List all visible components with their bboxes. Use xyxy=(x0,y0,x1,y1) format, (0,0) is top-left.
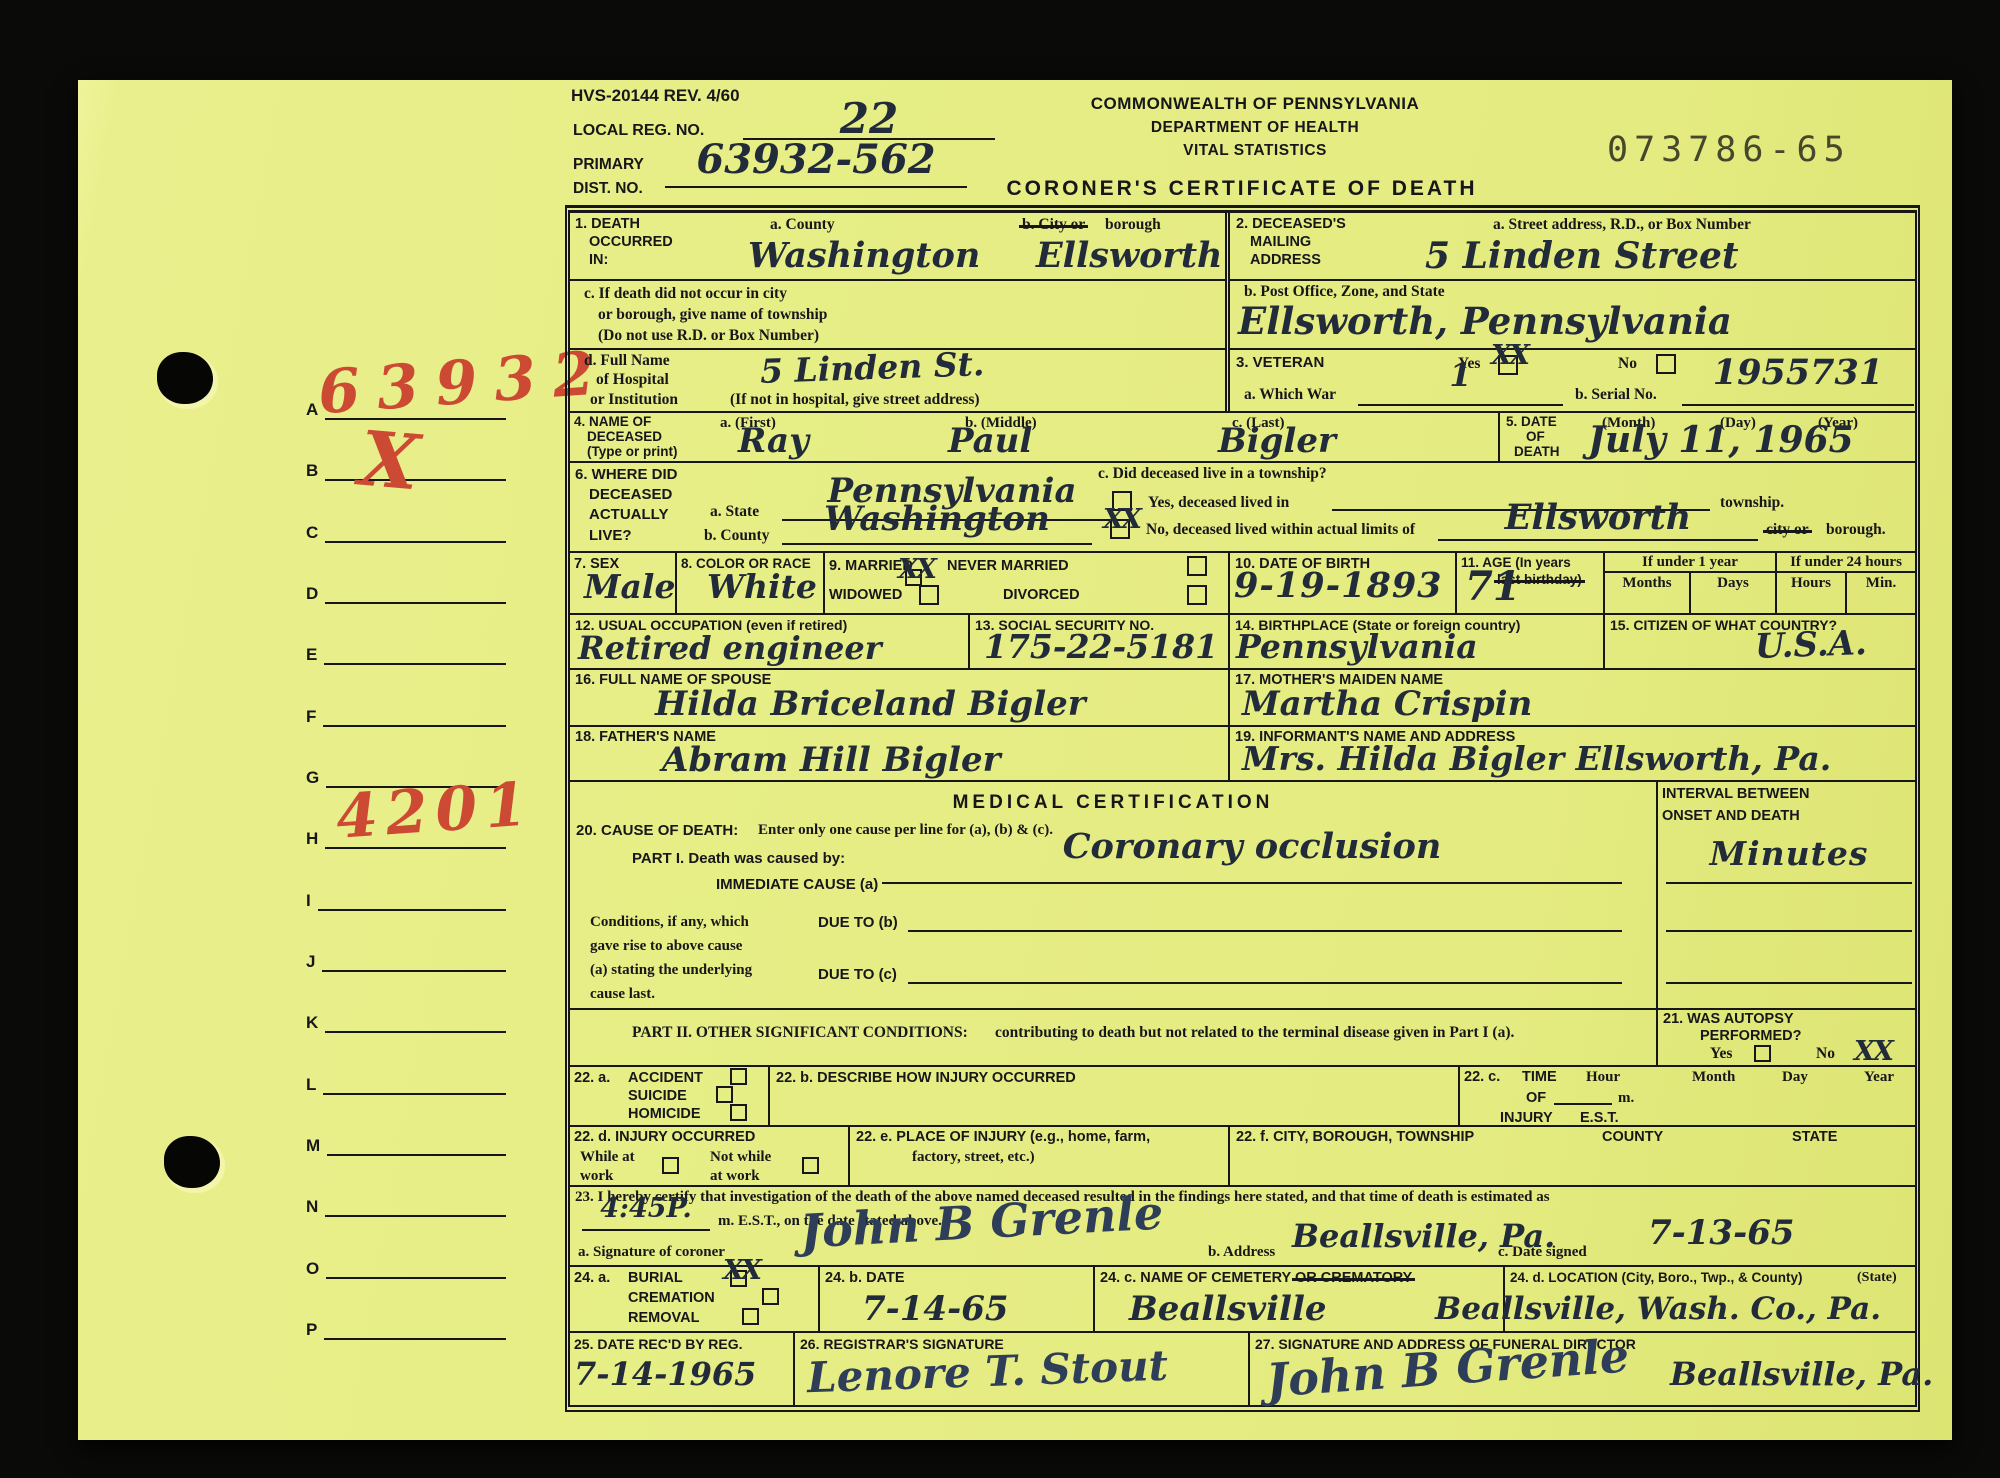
red-annotation-x: X xyxy=(356,414,423,508)
certificate-table: 1. DEATH OCCURRED IN: a. County Washingt… xyxy=(565,205,1920,1412)
margin-index-letter: I xyxy=(306,891,311,911)
dist-no-label: DIST. NO. xyxy=(573,180,643,198)
checkbox xyxy=(1187,556,1207,576)
ssn-value: 175-22-5181 xyxy=(984,627,1218,666)
conditions-line-4: cause last. xyxy=(590,986,655,1003)
section-2-mailing-address: 2. DECEASED'S MAILING ADDRESS a. Street … xyxy=(1230,213,1915,411)
conditions-line-3: (a) stating the underlying xyxy=(590,962,752,979)
section-22c-time: 22. c. TIME Hour Month Day Year OF m. IN… xyxy=(1460,1067,1915,1125)
s6-label-2: DECEASED xyxy=(589,486,672,503)
section-1-death-occurred: 1. DEATH OCCURRED IN: a. County Washingt… xyxy=(570,213,1230,411)
under-24-hours-label: If under 24 hours xyxy=(1777,553,1915,573)
lived-township-yes-text: Yes, deceased lived in xyxy=(1148,494,1289,512)
township-note-2: or borough, give name of township xyxy=(598,306,827,324)
county6-label: b. County xyxy=(704,527,769,545)
margin-index-letter: O xyxy=(306,1259,319,1279)
s22c-number: 22. c. xyxy=(1464,1069,1500,1085)
coroner-signature-label: a. Signature of coroner xyxy=(578,1244,725,1261)
part2-conditions: PART II. OTHER SIGNIFICANT CONDITIONS: c… xyxy=(570,1010,1658,1065)
form-number: HVS-20144 REV. 4/60 xyxy=(571,86,740,106)
margin-index-row: K xyxy=(306,1011,506,1033)
row-burial: 24. a. BURIAL XX CREMATION REMOVAL 24. b… xyxy=(570,1267,1915,1333)
s1-label-3: IN: xyxy=(589,252,608,268)
section-24d-location: 24. d. LOCATION (City, Boro., Twp., & Co… xyxy=(1505,1267,1915,1331)
margin-index-line xyxy=(323,1073,506,1095)
removal-checkbox xyxy=(742,1308,759,1326)
immediate-cause-field: Coronary occlusion xyxy=(882,826,1622,884)
spouse-value: Hilda Briceland Bigler xyxy=(655,684,1086,724)
margin-index-row: L xyxy=(306,1073,506,1095)
section-26-registrar: 26. REGISTRAR'S SIGNATURE Lenore T. Stou… xyxy=(795,1333,1250,1407)
margin-index-letter: D xyxy=(306,584,318,604)
row-registrar: 25. DATE REC'D BY REG. 7-14-1965 26. REG… xyxy=(570,1333,1915,1407)
margin-index-letter: G xyxy=(306,768,319,788)
or-crematory-struck: OR CREMATORY xyxy=(1295,1270,1412,1286)
hospital-note: (If not in hospital, give street address… xyxy=(730,391,980,409)
county6-value: Washington xyxy=(824,499,1050,539)
margin-index-row: M xyxy=(306,1134,506,1156)
informant-value: Mrs. Hilda Bigler Ellsworth, Pa. xyxy=(1242,739,1831,778)
cause-of-death-label: 20. CAUSE OF DEATH: xyxy=(576,822,738,839)
injury-occurred-label: 22. d. INJURY OCCURRED xyxy=(574,1129,755,1145)
city-or-label-struck: b. City or xyxy=(1022,216,1085,233)
part2-note: contributing to death but not related to… xyxy=(995,1024,1514,1042)
birthplace-value: Pennsylvania xyxy=(1236,627,1478,666)
which-war-value: 1 xyxy=(1449,356,1471,394)
margin-index-row: E xyxy=(306,643,506,665)
margin-index-letter: M xyxy=(306,1136,320,1156)
row-demographics: 7. SEX Male 8. COLOR OR RACE White 9. MA… xyxy=(570,553,1915,615)
checkbox xyxy=(716,1086,733,1103)
lived-borough-no-mark: XX xyxy=(1103,504,1139,535)
divorced-checkbox xyxy=(1187,585,1207,605)
s6-label-3: ACTUALLY xyxy=(589,506,668,523)
veteran-no-checkbox xyxy=(1656,354,1676,374)
interval-field-b xyxy=(1666,892,1912,932)
margin-index-row: F xyxy=(306,705,506,727)
row-medical-certification: MEDICAL CERTIFICATION 20. CAUSE OF DEATH… xyxy=(570,782,1915,1010)
street-address-label: a. Street address, R.D., or Box Number xyxy=(1493,216,1751,234)
section-10-dob: 10. DATE OF BIRTH 9-19-1893 xyxy=(1230,553,1457,613)
date-of-death-value: July 11, 1965 xyxy=(1588,419,1854,461)
file-number-stamp: 073786-65 xyxy=(1607,130,1851,170)
suicide-checkbox xyxy=(716,1086,733,1104)
if-under-1-year: If under 1 year Months Days xyxy=(1605,553,1777,613)
section-3-veteran: 3. VETERAN Yes XX No a. Which War 1 b. S… xyxy=(1230,350,1915,413)
margin-index: ABCDEFGHIJKLMNOP xyxy=(306,398,506,1340)
autopsy-yes-label: Yes xyxy=(1710,1045,1732,1063)
under-1-year-label: If under 1 year xyxy=(1605,553,1775,573)
time-of-injury-field xyxy=(1554,1069,1612,1105)
interval-value: Minutes xyxy=(1710,834,1869,873)
borough-value: Ellsworth xyxy=(1036,235,1223,276)
s4-label-3: (Type or print) xyxy=(587,444,678,459)
section-17-mother: 17. MOTHER'S MAIDEN NAME Martha Crispin xyxy=(1230,670,1915,725)
which-war-field: 1 xyxy=(1358,356,1563,406)
margin-index-line xyxy=(325,1011,506,1033)
not-while-label: Not while xyxy=(710,1149,771,1166)
first-name-value: Ray xyxy=(738,421,809,461)
section-22a: 22. a. ACCIDENT SUICIDE HOMICIDE xyxy=(570,1067,770,1125)
certificate-paper: ABCDEFGHIJKLMNOP 63932 X 4201 HVS-20144 … xyxy=(78,80,1952,1440)
while-at-work-checkbox xyxy=(662,1157,679,1175)
section-18-father: 18. FATHER'S NAME Abram Hill Bigler xyxy=(570,727,1230,780)
s4-label-1: 4. NAME OF xyxy=(574,414,651,429)
punch-hole-bottom xyxy=(164,1136,220,1188)
which-war-label: a. Which War xyxy=(1244,386,1336,404)
margin-index-row: P xyxy=(306,1318,506,1340)
homicide-label: HOMICIDE xyxy=(628,1106,701,1122)
section-27-funeral-director: 27. SIGNATURE AND ADDRESS OF FUNERAL DIR… xyxy=(1250,1333,1915,1407)
section-22e: 22. e. PLACE OF INJURY (e.g., home, farm… xyxy=(850,1127,1230,1185)
checkbox xyxy=(730,1068,747,1085)
row-father-informant: 18. FATHER'S NAME Abram Hill Bigler 19. … xyxy=(570,727,1915,782)
while-at-label: While at xyxy=(580,1149,635,1166)
margin-index-row: C xyxy=(306,521,506,543)
conditions-line-1: Conditions, if any, which xyxy=(590,914,749,931)
location-value: Beallsville, Wash. Co., Pa. xyxy=(1435,1291,1881,1327)
section-4-name: 4. NAME OF DECEASED (Type or print) a. (… xyxy=(570,413,1500,461)
township-question: c. Did deceased live in a township? xyxy=(1098,465,1327,483)
divorced-label: DIVORCED xyxy=(1003,587,1080,603)
section-6-where-lived: 6. WHERE DID DECEASED ACTUALLY LIVE? a. … xyxy=(570,463,1915,551)
burial-date-value: 7-14-65 xyxy=(862,1289,1009,1329)
funeral-director-address: Beallsville, Pa. xyxy=(1670,1355,1933,1393)
medical-certification-title: MEDICAL CERTIFICATION xyxy=(570,792,1656,814)
certificate-title: CORONER'S CERTIFICATE OF DEATH xyxy=(892,177,1592,201)
margin-index-line xyxy=(318,889,506,911)
immediate-cause-value: Coronary occlusion xyxy=(1063,826,1442,867)
margin-index-letter: A xyxy=(306,400,318,420)
township-note-1: c. If death did not occur in city xyxy=(584,285,787,303)
s2-label-1: 2. DECEASED'S xyxy=(1236,216,1346,232)
section-9-marital: 9. MARRIED XX NEVER MARRIED WIDOWED DIVO… xyxy=(825,553,1230,613)
cemetery-label-wrap: 24. c. NAME OF CEMETERY OR CREMATORY xyxy=(1100,1270,1412,1286)
autopsy-label-1: 21. WAS AUTOPSY xyxy=(1663,1011,1794,1027)
checkbox xyxy=(662,1157,679,1174)
date-signed-label: c. Date signed xyxy=(1498,1244,1587,1261)
primary-label: PRIMARY xyxy=(573,156,644,174)
injury-label: INJURY xyxy=(1500,1110,1553,1126)
borough-label: borough xyxy=(1105,216,1161,234)
section-21-autopsy: 21. WAS AUTOPSY PERFORMED? Yes No XX xyxy=(1658,1010,1915,1065)
s2-label-2: MAILING xyxy=(1250,234,1311,250)
if-under-24-hours: If under 24 hours Hours Min. xyxy=(1777,553,1915,613)
section-2b: b. Post Office, Zone, and State Ellswort… xyxy=(1230,281,1915,350)
street-address-value: 5 Linden Street xyxy=(1425,235,1739,277)
section-8-race: 8. COLOR OR RACE White xyxy=(677,553,825,613)
race-value: White xyxy=(707,567,817,606)
margin-index-letter: B xyxy=(306,461,318,481)
section-24b-date: 24. b. DATE 7-14-65 xyxy=(820,1267,1095,1331)
margin-index-letter: N xyxy=(306,1197,318,1217)
month-col-label: Month xyxy=(1692,1069,1735,1086)
hospital-value: 5 Linden St. xyxy=(759,344,985,391)
burial-label: BURIAL xyxy=(628,1270,683,1286)
section-23-certify: 23. I hereby certify that investigation … xyxy=(570,1187,1915,1265)
widowed-checkbox xyxy=(919,585,939,605)
cremation-label: CREMATION xyxy=(628,1290,715,1306)
row-where-lived: 6. WHERE DID DECEASED ACTUALLY LIVE? a. … xyxy=(570,463,1915,553)
work-label: work xyxy=(580,1168,613,1185)
margin-index-letter: E xyxy=(306,645,317,665)
autopsy-label-2: PERFORMED? xyxy=(1700,1028,1802,1044)
section-12-occupation: 12. USUAL OCCUPATION (even if retired) R… xyxy=(570,615,970,668)
city-or-struck: city or xyxy=(1766,521,1809,538)
burial-checkbox: XX xyxy=(730,1270,747,1288)
under-1-year-cols: Months Days xyxy=(1605,573,1775,613)
interval-label-1: INTERVAL BETWEEN xyxy=(1662,786,1809,802)
margin-index-letter: C xyxy=(306,523,318,543)
vital-line: VITAL STATISTICS xyxy=(945,142,1565,160)
coroner-address-label: b. Address xyxy=(1208,1244,1275,1261)
section-22b: 22. b. DESCRIBE HOW INJURY OCCURRED xyxy=(770,1067,1460,1125)
commonwealth-line: COMMONWEALTH OF PENNSYLVANIA xyxy=(945,94,1565,114)
date-signed-value: 7-13-65 xyxy=(1648,1213,1795,1253)
married-mark: XX xyxy=(898,554,934,585)
immediate-cause-label: IMMEDIATE CAUSE (a) xyxy=(716,876,878,893)
hours-label: Hours xyxy=(1777,573,1847,613)
margin-index-letter: L xyxy=(306,1075,316,1095)
checkbox xyxy=(919,585,939,605)
margin-index-letter: J xyxy=(306,952,315,972)
section-19-informant: 19. INFORMANT'S NAME AND ADDRESS Mrs. Hi… xyxy=(1230,727,1915,780)
margin-index-line xyxy=(326,1257,506,1279)
margin-index-line xyxy=(322,950,506,972)
never-married-label: NEVER MARRIED xyxy=(947,558,1069,574)
margin-index-line xyxy=(325,582,506,604)
months-label: Months xyxy=(1605,573,1691,613)
burial-mark: XX xyxy=(723,1255,759,1286)
township-note-3: (Do not use R.D. or Box Number) xyxy=(598,327,819,345)
year-col-label: Year xyxy=(1864,1069,1894,1086)
margin-index-row: J xyxy=(306,950,506,972)
row-injury-place: 22. d. INJURY OCCURRED While at work Not… xyxy=(570,1127,1915,1187)
never-married-checkbox xyxy=(1187,556,1207,576)
due-to-c-field xyxy=(908,944,1622,984)
row-spouse-mother: 16. FULL NAME OF SPOUSE Hilda Briceland … xyxy=(570,670,1915,727)
margin-index-row: I xyxy=(306,889,506,911)
section-22d: 22. d. INJURY OCCURRED While at work Not… xyxy=(570,1127,850,1185)
interval-label-2: ONSET AND DEATH xyxy=(1662,808,1800,824)
s1-label-1: 1. DEATH xyxy=(575,216,640,232)
date-received-label: 25. DATE REC'D BY REG. xyxy=(574,1336,743,1352)
sex-value: Male xyxy=(584,567,675,606)
interval-field-c xyxy=(1666,944,1912,984)
borough-suffix: borough. xyxy=(1826,521,1886,539)
s5-label-1: 5. DATE xyxy=(1506,414,1557,429)
at-work-label: at work xyxy=(710,1168,760,1185)
min-label: Min. xyxy=(1847,573,1915,613)
cemetery-label: 24. c. NAME OF CEMETERY xyxy=(1100,1270,1295,1286)
lived-borough-no-checkbox: XX xyxy=(1110,519,1130,539)
primary-dist-value: 63932-562 xyxy=(696,136,935,183)
s6-label-1: 6. WHERE DID xyxy=(575,466,678,483)
hospital-label-1: d. Full Name xyxy=(584,352,670,370)
section-22f: 22. f. CITY, BOROUGH, TOWNSHIP COUNTY ST… xyxy=(1230,1127,1915,1185)
s22a-number: 22. a. xyxy=(574,1070,610,1086)
due-to-b-label: DUE TO (b) xyxy=(818,914,898,931)
dob-value: 9-19-1893 xyxy=(1234,565,1443,606)
section-13-ssn: 13. SOCIAL SECURITY NO. 175-22-5181 xyxy=(970,615,1230,668)
letterhead: COMMONWEALTH OF PENNSYLVANIA DEPARTMENT … xyxy=(945,94,1565,160)
row-occupation: 12. USUAL OCCUPATION (even if retired) R… xyxy=(570,615,1915,670)
section-25-date-received: 25. DATE REC'D BY REG. 7-14-1965 xyxy=(570,1333,795,1407)
section-5-date-of-death: 5. DATE OF DEATH (Month) (Day) (Year) Ju… xyxy=(1500,413,1915,461)
serial-no-label: b. Serial No. xyxy=(1575,386,1657,404)
county-label: a. County xyxy=(770,216,835,234)
occupation-value: Retired engineer xyxy=(578,629,882,667)
hospital-label-2: of Hospital xyxy=(596,371,669,389)
hospital-label-3: or Institution xyxy=(590,391,678,409)
part1-label: PART I. Death was caused by: xyxy=(632,850,845,867)
veteran-no-label: No xyxy=(1618,355,1637,373)
margin-index-letter: P xyxy=(306,1320,317,1340)
section-1c: c. If death did not occur in city or bor… xyxy=(570,281,1225,350)
row-death-occurred: 1. DEATH OCCURRED IN: a. County Washingt… xyxy=(570,213,1915,413)
margin-index-line xyxy=(324,643,506,665)
est-label: E.S.T. xyxy=(1580,1110,1619,1126)
mother-value: Martha Crispin xyxy=(1242,684,1532,724)
section-2a: 2. DECEASED'S MAILING ADDRESS a. Street … xyxy=(1230,213,1915,281)
section-24a-disposition: 24. a. BURIAL XX CREMATION REMOVAL xyxy=(570,1267,820,1331)
county6-field: Washington xyxy=(782,499,1092,545)
last-name-value: Bigler xyxy=(1218,421,1336,461)
due-to-c-label: DUE TO (c) xyxy=(818,966,897,983)
red-annotation-mid: 4201 xyxy=(334,769,537,853)
form-area: HVS-20144 REV. 4/60 LOCAL REG. NO. 22 PR… xyxy=(565,80,1925,1440)
accident-label: ACCIDENT xyxy=(628,1070,703,1086)
section-1ab: 1. DEATH OCCURRED IN: a. County Washingt… xyxy=(570,213,1225,281)
place-of-injury-label-1: 22. e. PLACE OF INJURY (e.g., home, farm… xyxy=(856,1129,1150,1145)
department-line: DEPARTMENT OF HEALTH xyxy=(945,119,1565,137)
section-16-spouse: 16. FULL NAME OF SPOUSE Hilda Briceland … xyxy=(570,670,1230,725)
checkbox xyxy=(742,1308,759,1325)
due-to-b-field xyxy=(908,892,1622,932)
m-label: m. xyxy=(1618,1090,1634,1107)
under-24-hours-cols: Hours Min. xyxy=(1777,573,1915,613)
row-part2-autopsy: PART II. OTHER SIGNIFICANT CONDITIONS: c… xyxy=(570,1010,1915,1067)
s2-label-3: ADDRESS xyxy=(1250,252,1321,268)
row-injury-type: 22. a. ACCIDENT SUICIDE HOMICIDE 22. b. … xyxy=(570,1067,1915,1127)
row-certification: 23. I hereby certify that investigation … xyxy=(570,1187,1915,1267)
s4-label-2: DECEASED xyxy=(587,429,662,444)
post-office-value: Ellsworth, Pennsylvania xyxy=(1238,299,1732,343)
middle-name-value: Paul xyxy=(948,421,1032,461)
checkbox xyxy=(762,1288,779,1305)
interval-field-a: Minutes xyxy=(1666,834,1912,884)
margin-index-letter: K xyxy=(306,1013,318,1033)
describe-injury-label: 22. b. DESCRIBE HOW INJURY OCCURRED xyxy=(776,1070,1076,1086)
father-value: Abram Hill Bigler xyxy=(662,740,1001,780)
autopsy-yes-checkbox xyxy=(1754,1045,1771,1063)
homicide-checkbox xyxy=(730,1104,747,1122)
margin-index-row: D xyxy=(306,582,506,604)
s1-label-2: OCCURRED xyxy=(589,234,673,250)
widowed-label: WIDOWED xyxy=(829,587,902,603)
time-label: TIME xyxy=(1522,1069,1557,1085)
of-label: OF xyxy=(1526,1090,1546,1106)
s24a-number: 24. a. xyxy=(574,1270,610,1286)
interval-column: INTERVAL BETWEEN ONSET AND DEATH Minutes xyxy=(1658,782,1915,1008)
county-value: Washington xyxy=(748,235,980,276)
location-label: 24. d. LOCATION (City, Boro., Twp., & Co… xyxy=(1510,1270,1803,1285)
row-name-of-deceased: 4. NAME OF DECEASED (Type or print) a. (… xyxy=(570,413,1915,463)
burial-date-label: 24. b. DATE xyxy=(825,1270,905,1286)
removal-label: REMOVAL xyxy=(628,1310,699,1326)
day-col-label: Day xyxy=(1782,1069,1808,1086)
section-20-cause-of-death: MEDICAL CERTIFICATION 20. CAUSE OF DEATH… xyxy=(570,782,1658,1008)
accident-checkbox xyxy=(730,1068,747,1086)
checkbox xyxy=(1754,1045,1771,1062)
checkbox xyxy=(1187,585,1207,605)
borough-name-value: Ellsworth xyxy=(1505,497,1692,538)
state-col-label: STATE xyxy=(1792,1129,1837,1145)
checkbox xyxy=(1656,354,1676,374)
time-of-death-value: 4:45P. xyxy=(600,1193,692,1224)
cremation-checkbox xyxy=(762,1288,779,1306)
section-7-sex: 7. SEX Male xyxy=(570,553,677,613)
not-while-at-work-checkbox xyxy=(802,1157,819,1175)
section-15-citizen: 15. CITIZEN OF WHAT COUNTRY? U.S.A. xyxy=(1605,615,1915,668)
borough-name-field: Ellsworth xyxy=(1438,497,1758,541)
checkbox xyxy=(802,1157,819,1174)
section-1d: d. Full Name of Hospital or Institution … xyxy=(570,350,1225,413)
margin-index-line xyxy=(325,1195,506,1217)
days-label: Days xyxy=(1691,573,1775,613)
location-state-label: (State) xyxy=(1857,1270,1897,1286)
city-borough-township-label: 22. f. CITY, BOROUGH, TOWNSHIP xyxy=(1236,1129,1474,1145)
margin-index-letter: H xyxy=(306,829,318,849)
time-of-death-field: 4:45P. xyxy=(582,1193,710,1231)
cemetery-value: Beallsville xyxy=(1129,1289,1327,1329)
s6-label-4: LIVE? xyxy=(589,527,632,544)
autopsy-no-label: No xyxy=(1816,1045,1835,1063)
part2-label: PART II. OTHER SIGNIFICANT CONDITIONS: xyxy=(632,1024,968,1042)
margin-index-letter: F xyxy=(306,707,316,727)
conditions-line-2: gave rise to above cause xyxy=(590,938,742,955)
margin-index-line xyxy=(325,521,506,543)
county-col-label: COUNTY xyxy=(1602,1129,1663,1145)
margin-index-line xyxy=(323,705,506,727)
citizen-value: U.S.A. xyxy=(1754,623,1867,667)
suicide-label: SUICIDE xyxy=(628,1088,687,1104)
state-label: a. State xyxy=(710,503,759,521)
punch-hole-top xyxy=(157,352,213,404)
checkbox xyxy=(730,1104,747,1121)
section-14-birthplace: 14. BIRTHPLACE (State or foreign country… xyxy=(1230,615,1605,668)
margin-index-row: N xyxy=(306,1195,506,1217)
margin-index-row: O xyxy=(306,1257,506,1279)
section-11-age: 11. AGE (In years last birthday) 71 xyxy=(1457,553,1605,613)
margin-index-line xyxy=(324,1318,506,1340)
place-of-injury-label-2: factory, street, etc.) xyxy=(912,1149,1035,1166)
margin-index-line xyxy=(327,1134,506,1156)
s5-label-3: DEATH xyxy=(1514,444,1560,459)
date-received-value: 7-14-1965 xyxy=(574,1355,756,1393)
lived-borough-text: No, deceased lived within actual limits … xyxy=(1146,521,1415,539)
age-value: 71 xyxy=(1465,563,1521,610)
veteran-label: 3. VETERAN xyxy=(1236,354,1324,371)
serial-no-field: 1955731 xyxy=(1682,352,1914,406)
serial-no-value: 1955731 xyxy=(1713,352,1883,393)
autopsy-no-mark: XX xyxy=(1854,1036,1892,1067)
s5-label-2: OF xyxy=(1526,429,1545,444)
